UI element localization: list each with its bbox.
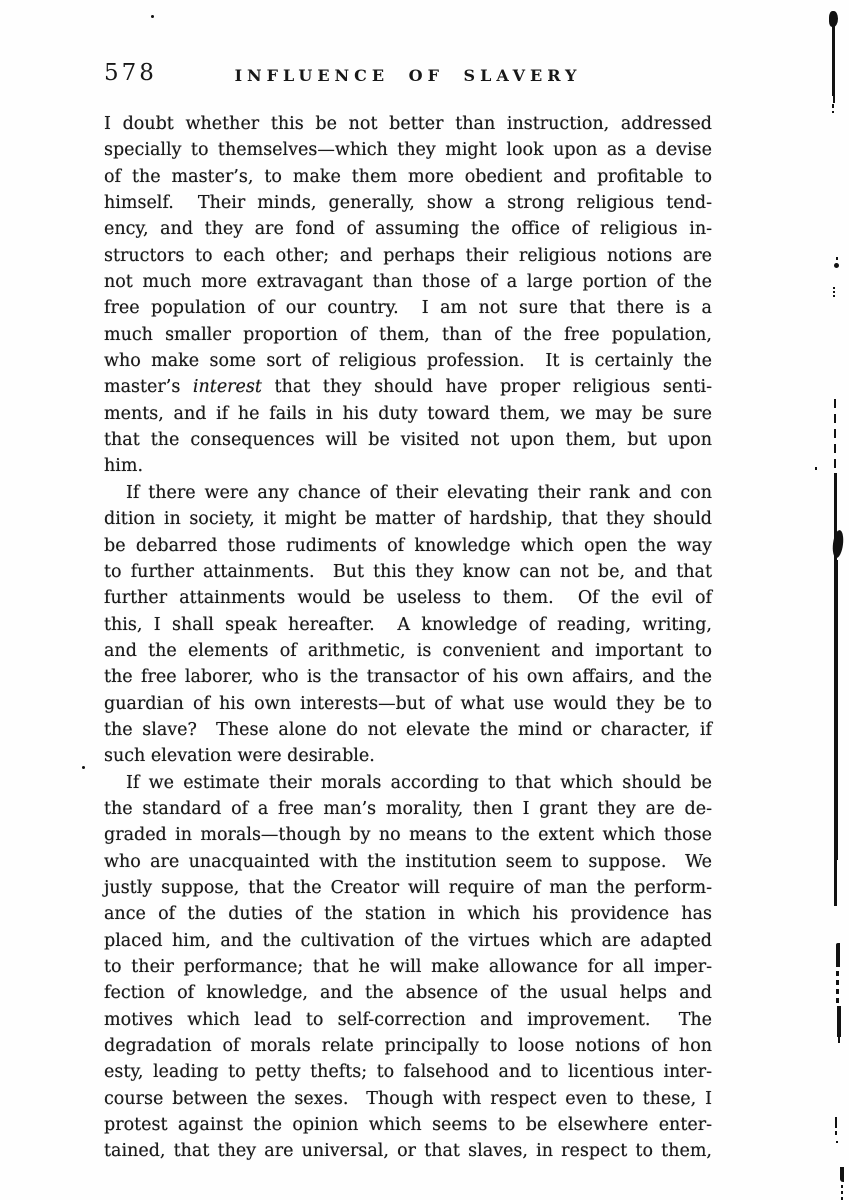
text-line: motives which lead to self-correction an… <box>104 1007 712 1033</box>
text-line: justly suppose, that the Creator will re… <box>104 875 712 901</box>
scan-artifact <box>82 766 85 769</box>
text-line: free population of our country. I am not… <box>104 295 712 321</box>
text-line: I doubt whether this be not better than … <box>104 111 712 137</box>
text-line: ance of the duties of the station in whi… <box>104 901 712 927</box>
scan-artifact <box>837 1006 841 1037</box>
text-line: that the consequences will be visited no… <box>104 427 712 453</box>
scan-artifact <box>835 1131 837 1135</box>
scan-artifact <box>836 1141 838 1143</box>
scan-artifact <box>832 14 835 96</box>
text-line: be debarred those rudiments of knowledge… <box>104 533 712 559</box>
text-line: tained, that they are universal, or that… <box>104 1138 712 1164</box>
text-line: of the master’s, to make them more obedi… <box>104 164 712 190</box>
scan-artifact <box>815 467 817 470</box>
text-segment: master’s <box>104 377 193 397</box>
text-line: who make some sort of religious professi… <box>104 348 712 374</box>
scan-artifact <box>833 287 835 299</box>
text-line: ments, and if he fails in his duty towar… <box>104 401 712 427</box>
text-line: the free laborer, who is the transactor … <box>104 664 712 690</box>
text-line: such elevation were desirable. <box>104 743 712 769</box>
text-line: himself. Their minds, generally, show a … <box>104 190 712 216</box>
text-line: this, I shall speak hereafter. A knowled… <box>104 612 712 638</box>
scan-artifact <box>833 96 835 103</box>
text-line: graded in morals—though by no means to t… <box>104 822 712 848</box>
scan-artifact <box>834 399 836 475</box>
text-line: If there were any chance of their elevat… <box>104 480 712 506</box>
scan-artifact <box>840 1167 844 1182</box>
paragraph: I doubt whether this be not better than … <box>104 111 712 480</box>
text-line: specially to themselves—which they might… <box>104 137 712 163</box>
scan-artifact <box>835 1117 837 1128</box>
text-block: I doubt whether this be not better than … <box>104 111 712 1165</box>
text-line: esty, leading to petty thefts; to falseh… <box>104 1059 712 1085</box>
text-line: placed him, and the cultivation of the v… <box>104 928 712 954</box>
scan-artifact <box>836 943 840 967</box>
text-line: much smaller proportion of them, than of… <box>104 322 712 348</box>
book-page: 578 INFLUENCE OF SLAVERY I doubt whether… <box>0 0 849 1200</box>
text-line: him. <box>104 453 712 479</box>
scan-artifact <box>832 111 834 113</box>
text-line: to further attainments. But this they kn… <box>104 559 712 585</box>
text-line: structors to each other; and perhaps the… <box>104 243 712 269</box>
text-line: master’s interest that they should have … <box>104 374 712 400</box>
text-line: fection of knowledge, and the absence of… <box>104 980 712 1006</box>
text-line: who are unacquainted with the institutio… <box>104 849 712 875</box>
scan-artifact <box>834 263 839 268</box>
running-head: INFLUENCE OF SLAVERY <box>104 66 712 85</box>
text-segment: that they should have proper religious s… <box>262 377 712 397</box>
scan-artifact <box>841 1185 843 1200</box>
scan-artifact <box>836 971 839 1003</box>
text-line: If we estimate their morals according to… <box>104 770 712 796</box>
text-line: the slave? These alone do not elevate th… <box>104 717 712 743</box>
paragraph: If we estimate their morals according to… <box>104 770 712 1165</box>
text-line: ency, and they are fond of assuming the … <box>104 216 712 242</box>
scan-artifact <box>838 1037 840 1043</box>
text-line: guardian of his own interests—but of wha… <box>104 691 712 717</box>
text-line: the standard of a free man’s morality, t… <box>104 796 712 822</box>
text-line: and the elements of arithmetic, is conve… <box>104 638 712 664</box>
paragraph: If there were any chance of their elevat… <box>104 480 712 770</box>
text-line: dition in society, it might be matter of… <box>104 506 712 532</box>
text-line: not much more extravagant than those of … <box>104 269 712 295</box>
scan-artifact <box>834 560 838 860</box>
italic-text: interest <box>193 377 262 397</box>
text-line: degradation of morals relate principally… <box>104 1033 712 1059</box>
text-line: to their performance; that he will make … <box>104 954 712 980</box>
text-line: course between the sexes. Though with re… <box>104 1086 712 1112</box>
text-line: further attainments would be useless to … <box>104 585 712 611</box>
text-line: protest against the opinion which seems … <box>104 1112 712 1138</box>
scan-artifact <box>836 257 838 260</box>
scan-artifact <box>151 15 154 18</box>
scan-artifact <box>832 104 834 108</box>
